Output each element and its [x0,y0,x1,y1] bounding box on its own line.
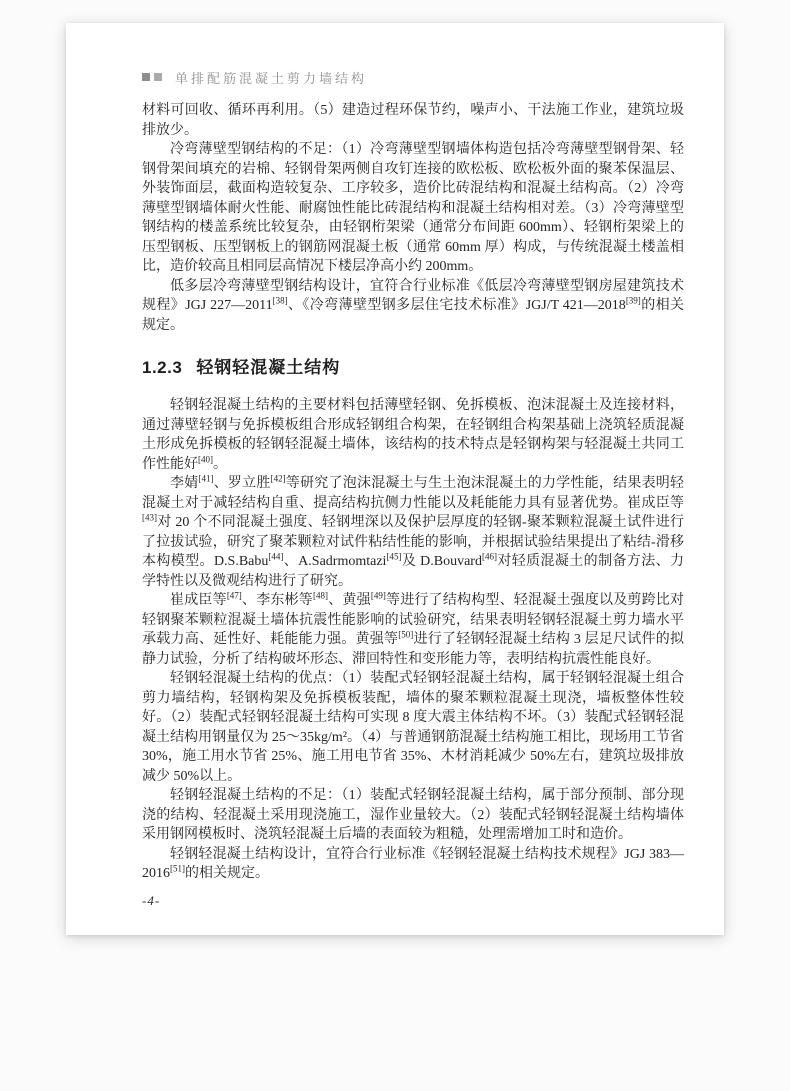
paragraph: 冷弯薄壁型钢结构的不足：（1）冷弯薄壁型钢墙体构造包括冷弯薄壁型钢骨架、轻钢骨架… [142,140,684,277]
running-header-title: 单排配筋混凝土剪力墙结构 [175,68,367,87]
square-icon-light [154,73,162,81]
paragraph: 轻钢轻混凝土结构的优点：（1）装配式轻钢轻混凝土结构，属于轻钢轻混凝土组合剪力墙… [142,669,684,786]
book-page: 单排配筋混凝土剪力墙结构 材料可回收、循环再利用。（5）建造过程环保节约，噪声小… [66,23,724,935]
double-square-icon [142,73,162,81]
paragraph: 材料可回收、循环再利用。（5）建造过程环保节约，噪声小、干法施工作业，建筑垃圾排… [142,101,684,140]
paragraph: 崔成臣等[47]、李东彬等[48]、黄强[49]等进行了结构构型、轻混凝土强度以… [142,591,684,669]
paragraph: 低多层冷弯薄壁型钢结构设计，宜符合行业标准《低层冷弯薄壁型钢房屋建筑技术规程》J… [142,277,684,336]
page-number: -4- [142,893,684,909]
page-body: 材料可回收、循环再利用。（5）建造过程环保节约，噪声小、干法施工作业，建筑垃圾排… [142,101,684,884]
section-title: 轻钢轻混凝土结构 [196,358,340,377]
square-icon-dark [142,73,150,81]
paragraph: 轻钢轻混凝土结构的不足：（1）装配式轻钢轻混凝土结构，属于部分预制、部分现浇的结… [142,786,684,845]
paragraph: 轻钢轻混凝土结构设计，宜符合行业标准《轻钢轻混凝土结构技术规程》JGJ 383—… [142,845,684,884]
document-canvas: 单排配筋混凝土剪力墙结构 材料可回收、循环再利用。（5）建造过程环保节约，噪声小… [0,0,790,1091]
paragraph: 轻钢轻混凝土结构的主要材料包括薄壁轻钢、免拆模板、泡沫混凝土及连接材料，通过薄壁… [142,396,684,474]
paragraph: 李婧[41]、罗立胜[42]等研究了泡沫混凝土与生土泡沫混凝土的力学性能，结果表… [142,474,684,591]
section-number: 1.2.3 [142,357,182,379]
running-header: 单排配筋混凝土剪力墙结构 [142,67,684,87]
section-heading: 1.2.3轻钢轻混凝土结构 [142,357,684,379]
